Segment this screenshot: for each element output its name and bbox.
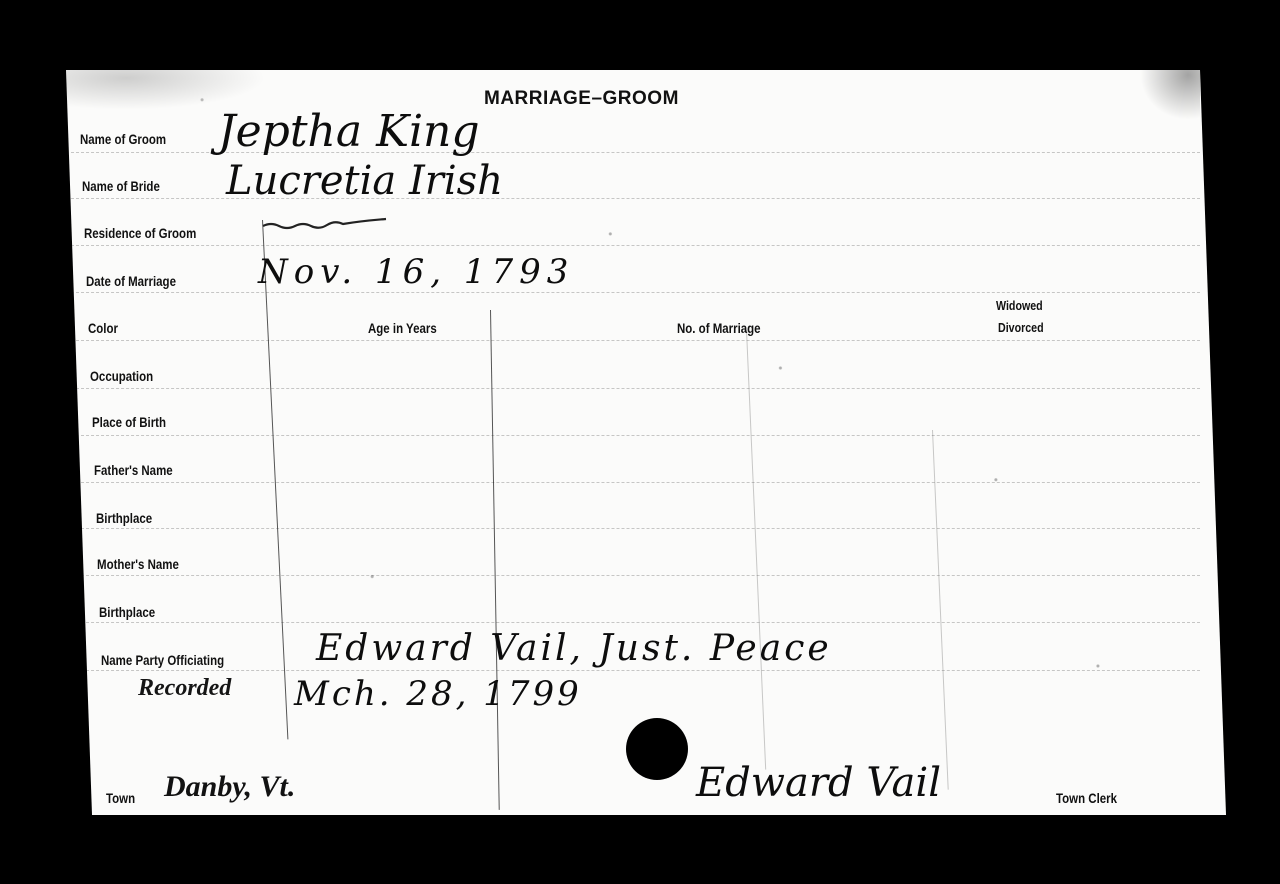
ruled-line [66,575,1200,576]
father-birthplace-label: Birthplace [96,510,152,526]
marriage-record-card: MARRIAGE–GROOM Name of Groom Name of Bri… [66,70,1226,815]
color-label: Color [88,320,118,336]
recorded-date-value: Mch. 28, 1799 [294,674,582,714]
ruled-line [66,622,1200,623]
ruled-line [66,670,1200,671]
paper-smudge [1140,70,1200,120]
card-title: MARRIAGE–GROOM [484,88,679,110]
bride-name-label: Name of Bride [82,178,160,194]
recorded-label: Recorded [138,675,231,702]
groom-name-value: Jeptha King [218,106,480,157]
bride-name-value: Lucretia Irish [226,158,503,204]
residence-dash-mark [261,216,391,230]
column-rule [262,220,288,739]
column-rule [932,430,949,790]
mother-birthplace-label: Birthplace [99,604,155,620]
marriage-date-label: Date of Marriage [86,273,176,289]
punch-hole [626,718,688,780]
groom-name-label: Name of Groom [80,131,166,147]
ruled-line [66,340,1200,341]
paper-smudge [66,70,266,110]
mother-name-label: Mother's Name [97,556,179,572]
occupation-label: Occupation [90,368,153,384]
ruled-line [66,292,1200,293]
column-rule [746,330,766,770]
town-label: Town [106,790,135,806]
age-label: Age in Years [368,320,437,336]
father-name-label: Father's Name [94,462,173,478]
ruled-line [66,528,1200,529]
ruled-line [66,388,1200,389]
marriage-number-label: No. of Marriage [677,320,761,336]
groom-residence-label: Residence of Groom [84,225,196,241]
officiant-value: Edward Vail, Just. Peace [316,628,832,669]
ruled-line [66,245,1200,246]
column-rule [490,310,500,810]
officiant-label: Name Party Officiating [101,652,224,668]
place-of-birth-label: Place of Birth [92,414,166,430]
divorced-label: Divorced [998,320,1044,335]
ruled-line [66,482,1200,483]
scan-frame: MARRIAGE–GROOM Name of Groom Name of Bri… [0,0,1280,884]
ruled-line [66,435,1200,436]
widowed-label: Widowed [996,298,1043,313]
town-clerk-label: Town Clerk [1056,790,1117,806]
town-value: Danby, Vt. [164,770,295,804]
marriage-date-value: Nov. 16, 1793 [258,252,574,292]
town-clerk-signature: Edward Vail [696,760,941,806]
